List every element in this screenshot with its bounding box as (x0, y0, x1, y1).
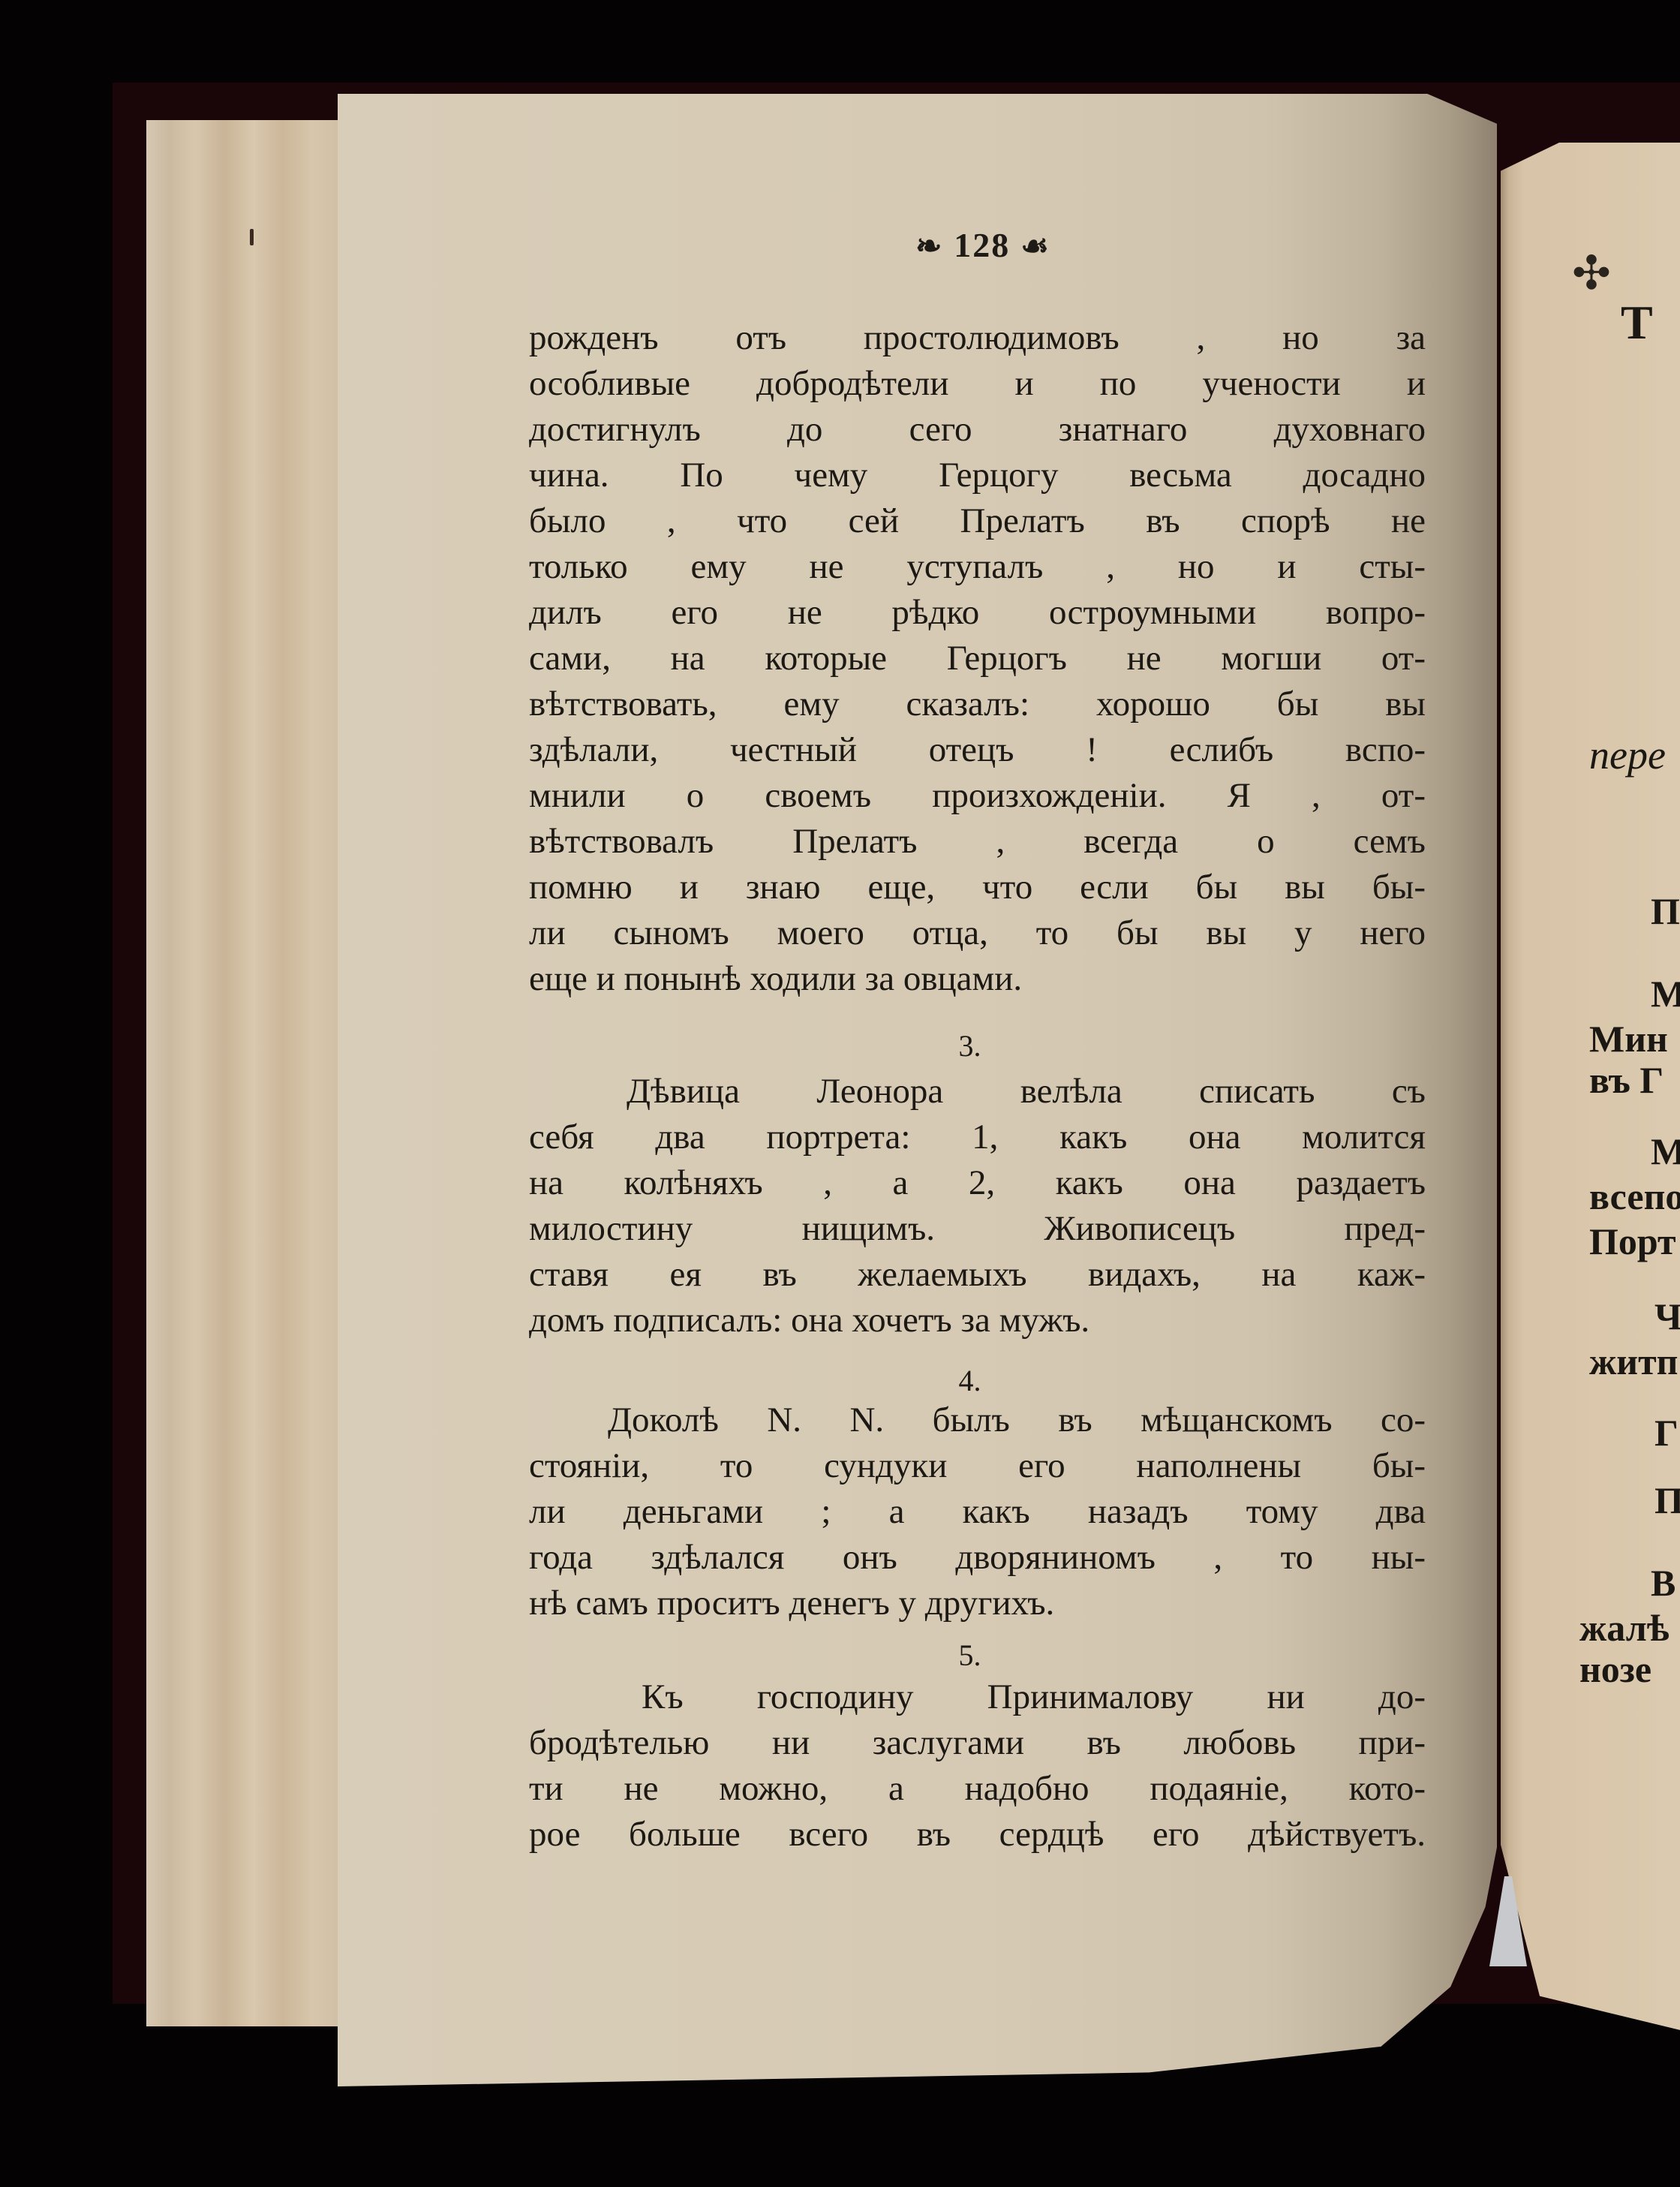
text-line: дилъ его не рѣдко остроумными вопро- (529, 590, 1426, 636)
text-line: было , что сей Прелатъ въ спорѣ не (529, 498, 1426, 544)
right-page-text-fragment: П (1654, 1479, 1680, 1522)
right-page-text-fragment: нозе (1579, 1647, 1651, 1691)
text-line: только ему не уступалъ , но и сты- (529, 544, 1426, 590)
right-page-text-fragment: Г (1654, 1411, 1678, 1454)
right-page-text-fragment: Порт (1589, 1220, 1676, 1263)
right-page-text-fragment: М (1651, 1130, 1680, 1173)
right-page-text-fragment: житп (1589, 1340, 1678, 1383)
text-line: вѣтствовать, ему сказалъ: хорошо бы вы (529, 681, 1426, 727)
italic-fragment: пере (1589, 732, 1666, 778)
section-4: 4. Доколѣ N. N. былъ въ мѣщанскомъ со- с… (529, 1364, 1426, 1626)
text-line: здѣлали, честный отецъ ! еслибъ вспо- (529, 727, 1426, 773)
text-line: ти не можно, а надобно подаянiе, кото- (529, 1766, 1426, 1812)
section-5: 5. Къ господину Принималову ни до- бродѣ… (529, 1637, 1426, 1858)
text-line: нѣ самъ проситъ денегъ у другихъ. (529, 1581, 1426, 1626)
text-line: бродѣтелью ни заслугами въ любовь при- (529, 1720, 1426, 1766)
text-line: ставя ея въ желаемыхъ видахъ, на каж- (529, 1252, 1426, 1298)
section-number: 4. (529, 1364, 1426, 1397)
text-line: еще и понынѣ ходили за овцами. (529, 956, 1426, 1002)
text-line: вѣтствовалъ Прелатъ , всегда о семъ (529, 819, 1426, 865)
right-page-text-fragment: Мин (1589, 1017, 1668, 1060)
text-line: рожденъ отъ простолюдимовъ , но за (529, 315, 1426, 361)
ornament-left-icon: ❧ (915, 230, 943, 264)
right-page-text-fragment: въ Г (1589, 1058, 1663, 1102)
right-page-text-fragment: П (1651, 889, 1680, 933)
text-line: помню и знаю еще, что если бы вы бы- (529, 865, 1426, 910)
page-header: ❧128☙ (848, 225, 1118, 265)
text-line: рое больше всего въ сердцѣ его дѣйствует… (529, 1812, 1426, 1858)
text-line: особливые добродѣтели и по учености и (529, 361, 1426, 407)
page-number: 128 (954, 226, 1010, 264)
spacer (529, 1343, 1426, 1364)
spacer (529, 1002, 1426, 1023)
title-fragment: Т (1621, 295, 1653, 350)
text-line: стоянiи, то сундуки его наполнены бы- (529, 1443, 1426, 1489)
left-page-text: рожденъ отъ простолюдимовъ , но за особл… (529, 315, 1426, 1858)
text-line: мнили о своемъ произхожденiи. Я , от- (529, 773, 1426, 819)
text-line: себя два портрета: 1, какъ она молится (529, 1115, 1426, 1160)
page-edge-mark (250, 229, 254, 245)
ornament-frame-icon: ✣ (1572, 251, 1611, 296)
text-line: домъ подписалъ: она хочетъ за мужъ. (529, 1298, 1426, 1343)
section-number: 3. (529, 1023, 1426, 1069)
text-line: достигнулъ до сего знатнаго духовнаго (529, 407, 1426, 453)
ornament-right-icon: ☙ (1020, 230, 1050, 264)
text-line: сами, на которые Герцогъ не могши от- (529, 636, 1426, 681)
section-3: 3. Дѣвица Леонора велѣла списать съ себя… (529, 1023, 1426, 1343)
paragraph-1: рожденъ отъ простолюдимовъ , но за особл… (529, 315, 1426, 1002)
text-line: года здѣлался онъ дворяниномъ , то ны- (529, 1535, 1426, 1581)
text-line: милостину нищимъ. Живописецъ пред- (529, 1206, 1426, 1252)
text-line: ли деньгами ; а какъ назадъ тому два (529, 1489, 1426, 1535)
right-page-text-fragment: М (1651, 972, 1680, 1015)
right-page-text-fragment: всепо (1589, 1175, 1680, 1218)
section-number: 5. (529, 1637, 1426, 1674)
text-line: Къ господину Принималову ни до- (529, 1674, 1426, 1720)
right-page-text-fragment: жалѣ (1579, 1606, 1669, 1650)
right-page-text-fragment: В (1651, 1561, 1675, 1605)
page-edges-stack (146, 120, 341, 2026)
text-line: Дѣвица Леонора велѣла списать съ (529, 1069, 1426, 1115)
spacer (529, 1626, 1426, 1637)
text-line: ли сыномъ моего отца, то бы вы у него (529, 910, 1426, 956)
text-line: на колѣняхъ , а 2, какъ она раздаетъ (529, 1160, 1426, 1206)
right-page-text-fragment: Ч (1654, 1295, 1680, 1338)
text-line: чина. По чему Герцогу весьма досадно (529, 453, 1426, 498)
text-line: Доколѣ N. N. былъ въ мѣщанскомъ со- (529, 1397, 1426, 1443)
